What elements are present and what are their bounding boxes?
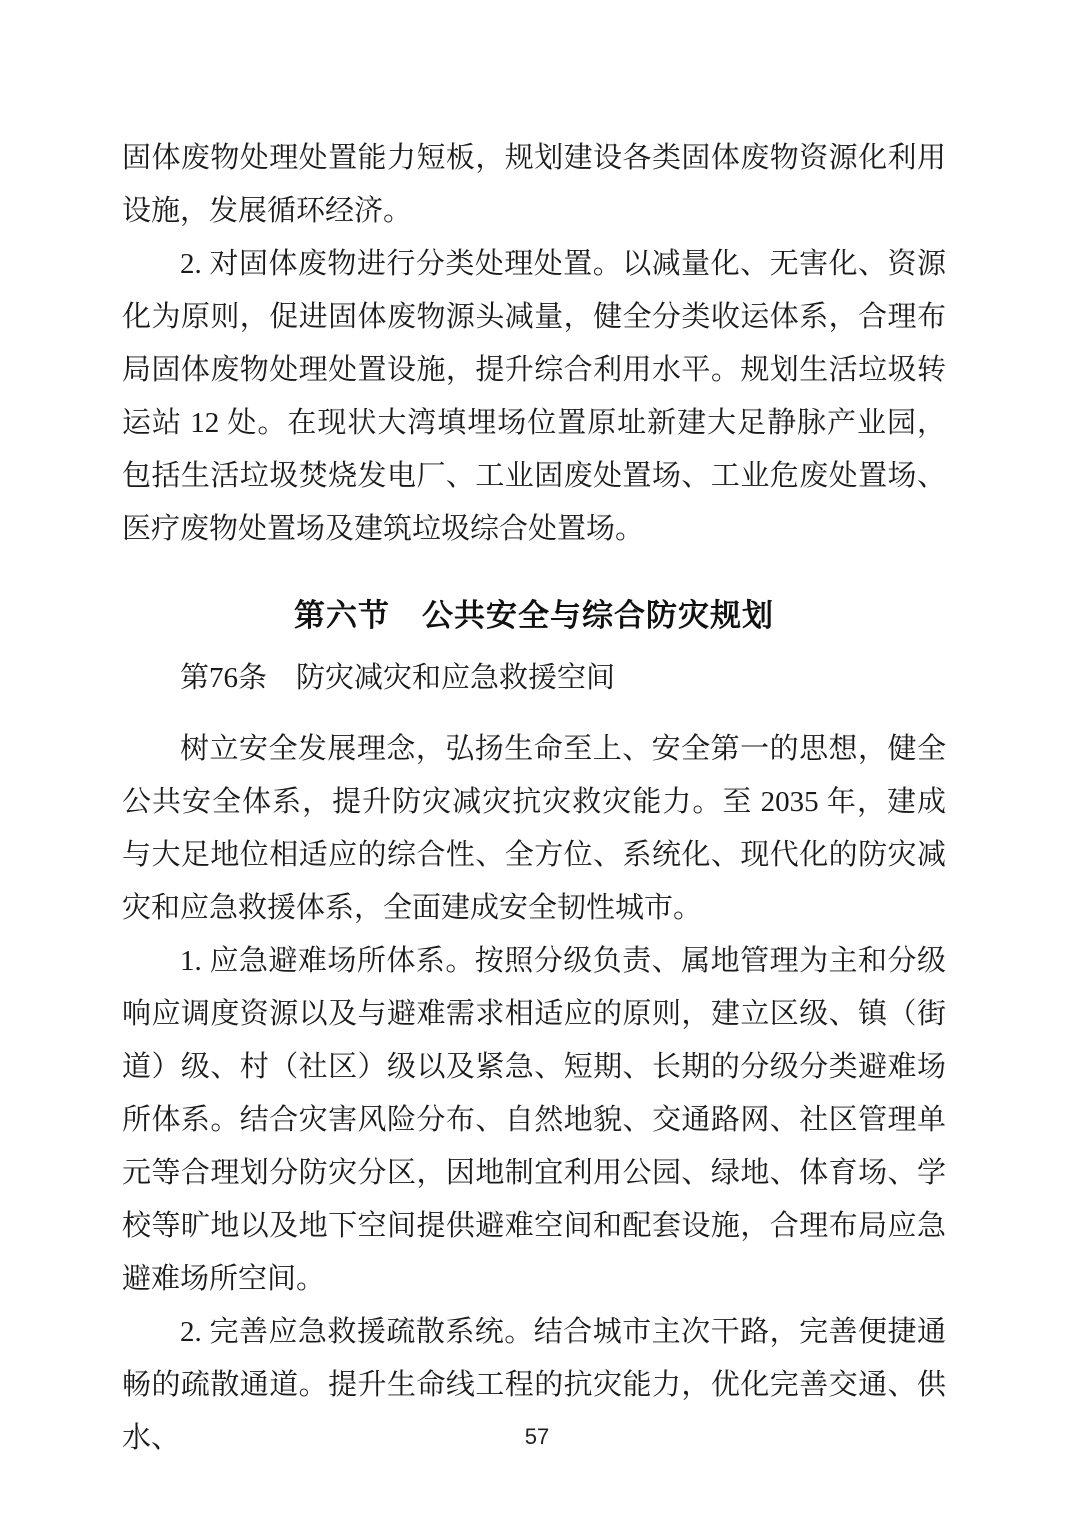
section-heading: 第六节 公共安全与综合防灾规划	[122, 588, 946, 644]
document-body: 固体废物处理处置能力短板，规划建设各类固体废物资源化利用设施，发展循环经济。 2…	[0, 0, 1074, 1465]
paragraph-emergency-shelter-system: 1. 应急避难场所体系。按照分级负责、属地管理为主和分级响应调度资源以及与避难需…	[122, 935, 946, 1306]
article-heading: 第76条 防灾减灾和应急救援空间	[122, 652, 946, 705]
document-page: 固体废物处理处置能力短板，规划建设各类固体废物资源化利用设施，发展循环经济。 2…	[0, 0, 1074, 1520]
page-number: 57	[0, 1424, 1074, 1450]
paragraph-public-safety: 树立安全发展理念，弘扬生命至上、安全第一的思想，健全公共安全体系，提升防灾减灾抗…	[122, 723, 946, 935]
paragraph-solid-waste-classification: 2. 对固体废物进行分类处理处置。以减量化、无害化、资源化为原则，促进固体废物源…	[122, 238, 946, 556]
paragraph-solid-waste-continuation: 固体废物处理处置能力短板，规划建设各类固体废物资源化利用设施，发展循环经济。	[122, 132, 946, 238]
